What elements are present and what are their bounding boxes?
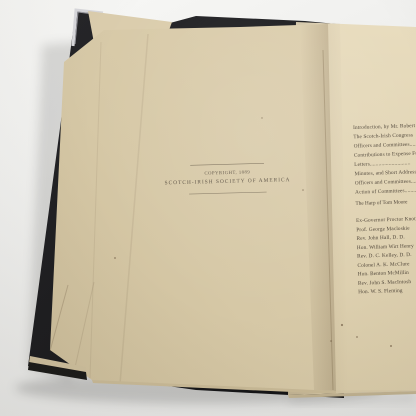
contents-block: Introduction, by Mr. Robert Bonner The S…	[353, 113, 416, 385]
copyright-block: COPYRIGHT, 1889 SCOTCH-IRISH SOCIETY OF …	[135, 162, 321, 227]
speaker-line: Ex-Governor Proctor Knott	[356, 208, 416, 225]
society-text: SCOTCH-IRISH SOCIETY OF AMERICA	[136, 175, 320, 186]
book-photo: COPYRIGHT, 1889 SCOTCH-IRISH SOCIETY OF …	[0, 0, 416, 416]
copyright-rule-bottom	[189, 192, 266, 195]
speaker-list: Ex-Governor Proctor Knott Prof. George M…	[356, 208, 416, 296]
